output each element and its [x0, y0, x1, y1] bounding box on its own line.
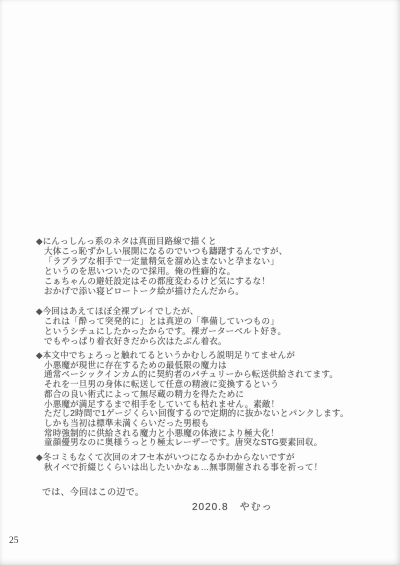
afterword-paragraph-4: ◆冬コミもなくて次回のオフセ本がいつになるかわからないですが 秋イベで折綴じくら… [36, 452, 374, 472]
afterword-page: ◆にんっしんっ系のネタは真面目路線で描くと 大体こっ恥ずかしい展開になるのでいつ… [0, 0, 400, 565]
afterword-paragraph-1: ◆にんっしんっ系のネタは真面目路線で描くと 大体こっ恥ずかしい展開になるのでいつ… [36, 236, 374, 296]
page-number: 25 [9, 536, 19, 546]
date-signature: 2020.8 やむっ [192, 498, 273, 513]
afterword-paragraph-3: ◆本文中でちょろっと触れてるというかむしろ説明足りてませんが 小悪魔が現世に存在… [36, 351, 374, 448]
afterword-paragraph-2: ◆今回はあえてほぼ全裸プレイでしたが、 これは「酔って突発的に」とは真逆の「準備… [36, 306, 374, 346]
closing-line: では、今回はこの辺で。 [42, 485, 144, 498]
